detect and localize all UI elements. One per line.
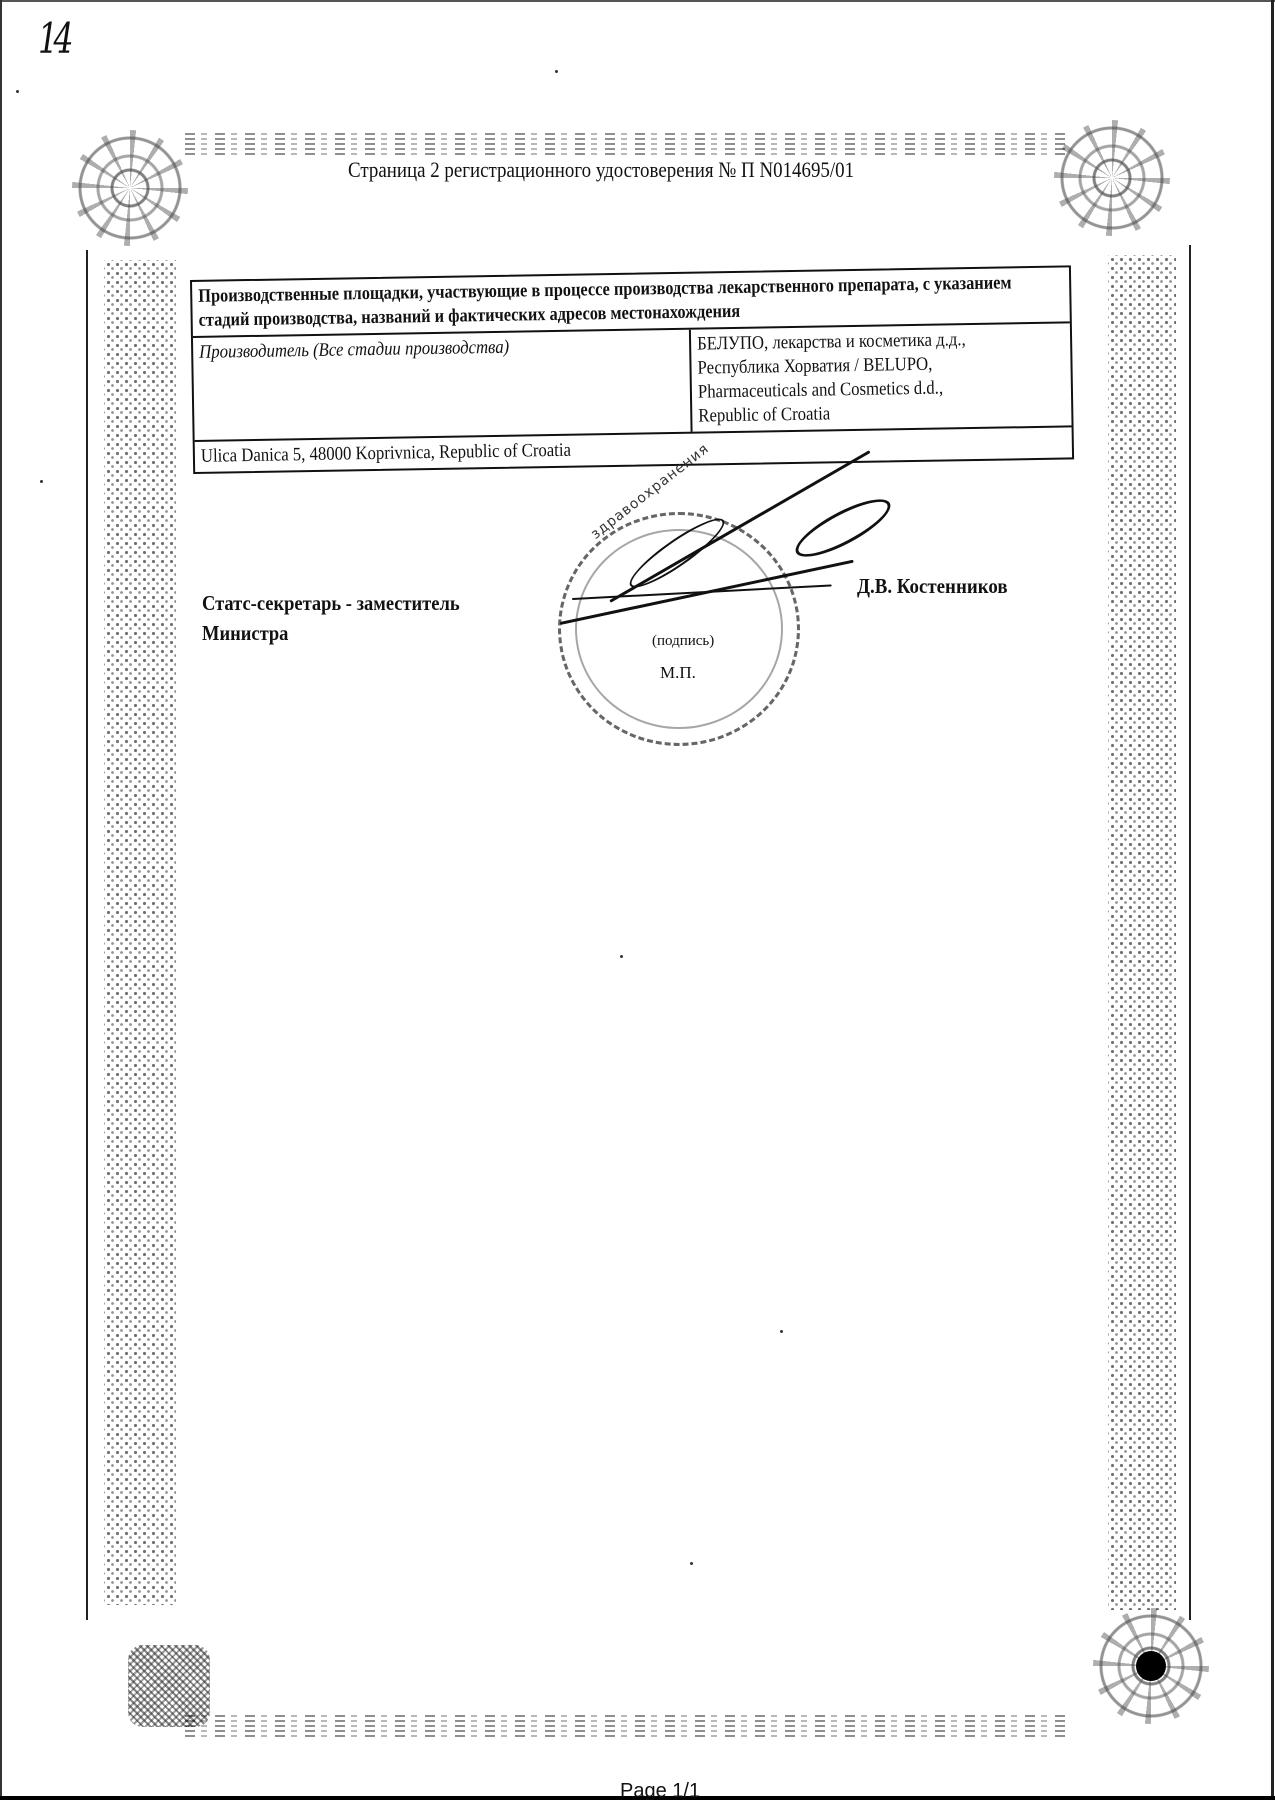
page-edge-left (0, 0, 2, 1800)
scan-speck (40, 480, 43, 483)
signature-loop (789, 489, 898, 567)
table-row: Производитель (Все стадии производства) … (193, 321, 1072, 440)
frame-bottom-band (185, 1715, 1065, 1737)
scan-speck (620, 955, 623, 958)
page-edge-top (0, 0, 1275, 2)
signer-name: Д.В. Костенников (857, 574, 1008, 599)
scan-speck (555, 70, 558, 73)
signer-position-line2: Министра (202, 618, 460, 648)
rosette-ornament-icon (128, 1645, 210, 1727)
signer-position-line1: Статс-секретарь - заместитель (202, 588, 460, 618)
role-cell: Производитель (Все стадии производства) (193, 330, 693, 440)
page-edge-right (1271, 0, 1274, 1800)
manufacturing-sites-table: Производственные площадки, участвующие в… (190, 265, 1074, 474)
frame-right-line (1189, 245, 1191, 1620)
page-footer: Page 1/1 (620, 1780, 700, 1800)
manufacturer-role: Производитель (Все стадии производства) (199, 333, 685, 365)
table-header-text: Производственные площадки, участвующие в… (198, 271, 1062, 333)
frame-top-band (185, 133, 1065, 155)
handwritten-page-number: 14 (38, 14, 69, 63)
rosette-ornament-icon (72, 130, 188, 246)
frame-left-line (86, 250, 88, 1620)
page-title: Страница 2 регистрационного удостоверени… (348, 157, 854, 183)
scan-speck (780, 1330, 783, 1333)
frame-right-pattern (1108, 255, 1176, 1610)
signature-label: (подпись) (652, 633, 714, 650)
rosette-ornament-icon (1054, 120, 1170, 236)
frame-left-pattern (104, 260, 176, 1605)
scan-speck (690, 1562, 693, 1565)
seal-label: М.П. (660, 663, 696, 683)
signer-position: Статс-секретарь - заместитель Министра (202, 588, 460, 648)
hole-punch-dot-icon (1136, 1651, 1166, 1681)
company-cell: БЕЛУПО, лекарства и косметика д.д., Респ… (691, 323, 1072, 431)
company-line: Republic of Croatia (698, 398, 1067, 428)
scan-speck (16, 90, 19, 93)
